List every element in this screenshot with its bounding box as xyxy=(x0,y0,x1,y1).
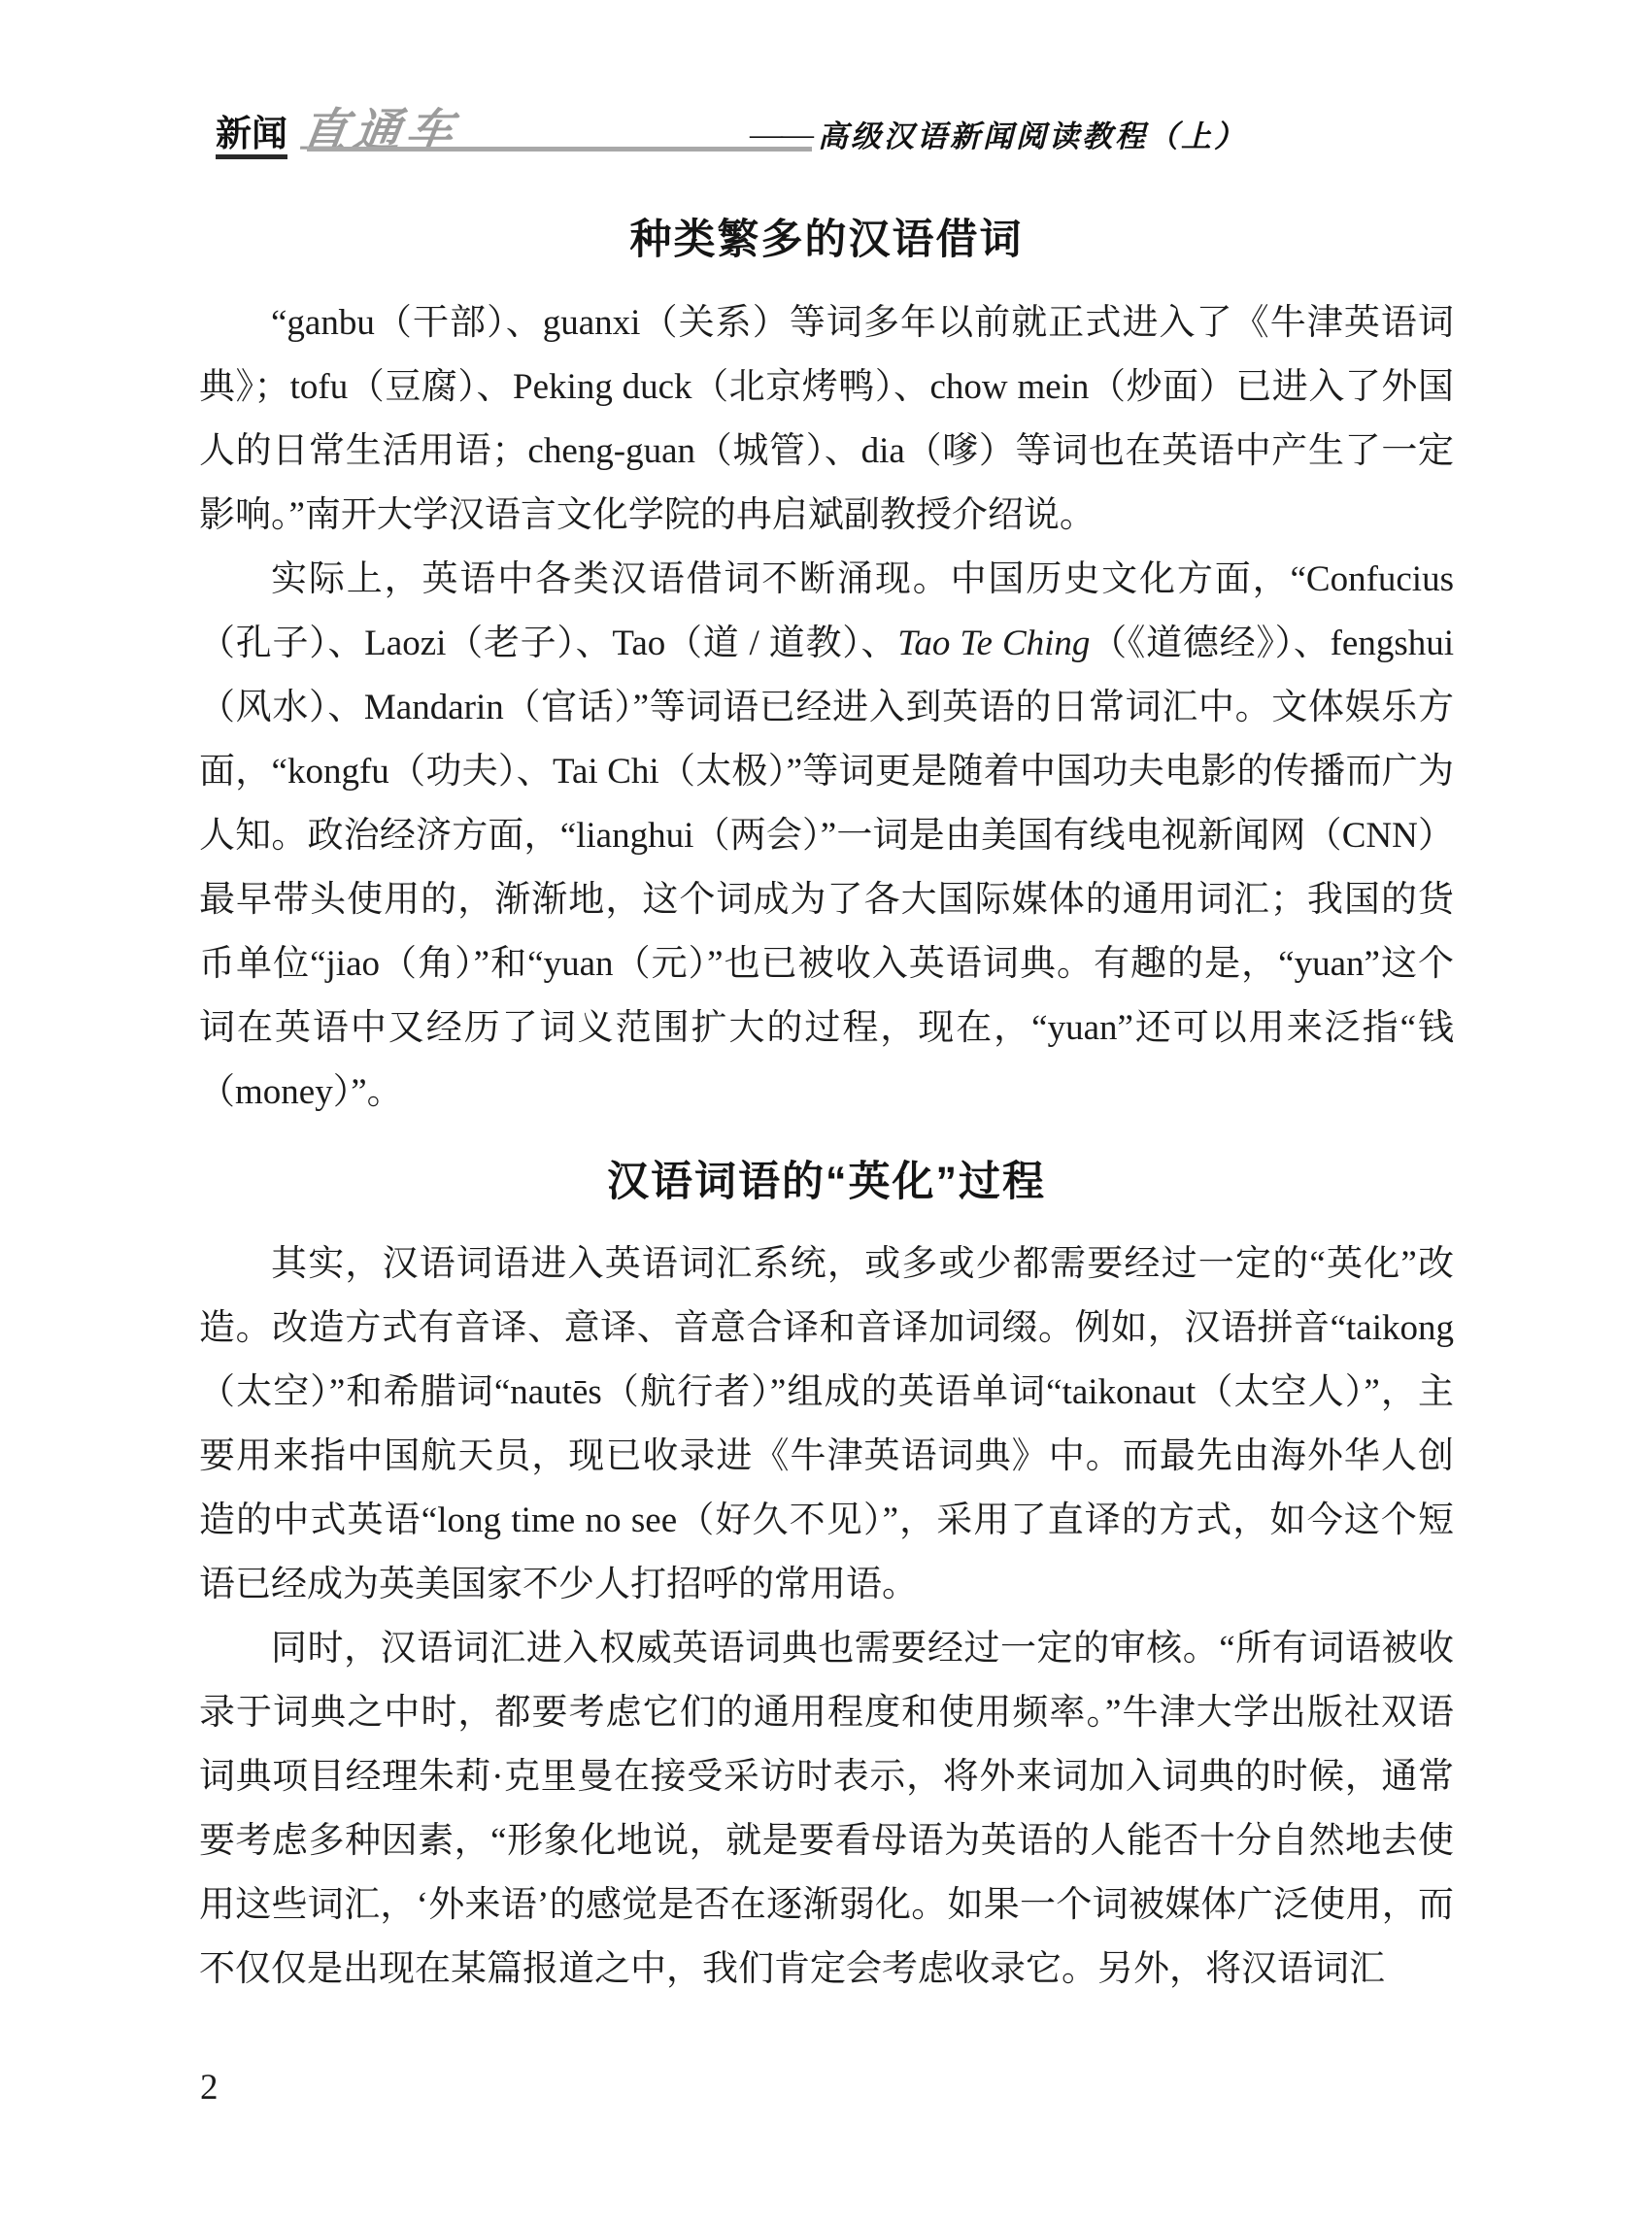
section-heading: 汉语词语的“英化”过程 xyxy=(199,1158,1454,1208)
section-heading: 种类繁多的汉语借词 xyxy=(199,216,1454,266)
paragraph: “ganbu（干部）、guanxi（关系）等词多年以前就正式进入了《牛津英语词典… xyxy=(199,291,1454,548)
page-number: 2 xyxy=(200,2067,219,2108)
logo-xinwen: 新闻 xyxy=(216,116,287,159)
paragraph: 实际上，英语中各类汉语借词不断涌现。中国历史文化方面，“Confucius（孔子… xyxy=(199,548,1454,1125)
logo-underline-rule xyxy=(307,147,812,152)
logo-zhitongche-wrap: 直通车 xyxy=(301,109,458,159)
section-anglicization: 汉语词语的“英化”过程 其实，汉语词语进入英语词汇系统，或多或少都需要经过一定的… xyxy=(199,1158,1454,2003)
header-dash: —— xyxy=(750,118,812,159)
running-head: 新闻 直通车 —— 高级汉语新闻阅读教程（上） xyxy=(216,109,1247,159)
main-text-block: 种类繁多的汉语借词 “ganbu（干部）、guanxi（关系）等词多年以前就正式… xyxy=(199,216,1454,2002)
section-body: “ganbu（干部）、guanxi（关系）等词多年以前就正式进入了《牛津英语词典… xyxy=(199,291,1454,1125)
book-page: 新闻 直通车 —— 高级汉语新闻阅读教程（上） 种类繁多的汉语借词 “ganbu… xyxy=(0,0,1652,2226)
paragraph: 同时，汉语词汇进入权威英语词典也需要经过一定的审核。“所有词语被收录于词典之中时… xyxy=(199,1617,1454,2002)
paragraph: 其实，汉语词语进入英语词汇系统，或多或少都需要经过一定的“英化”改造。改造方式有… xyxy=(199,1232,1454,1617)
book-title: 高级汉语新闻阅读教程（上） xyxy=(818,122,1247,159)
section-loanwords: 种类繁多的汉语借词 “ganbu（干部）、guanxi（关系）等词多年以前就正式… xyxy=(199,216,1454,1125)
section-body: 其实，汉语词语进入英语词汇系统，或多或少都需要经过一定的“英化”改造。改造方式有… xyxy=(199,1232,1454,2002)
